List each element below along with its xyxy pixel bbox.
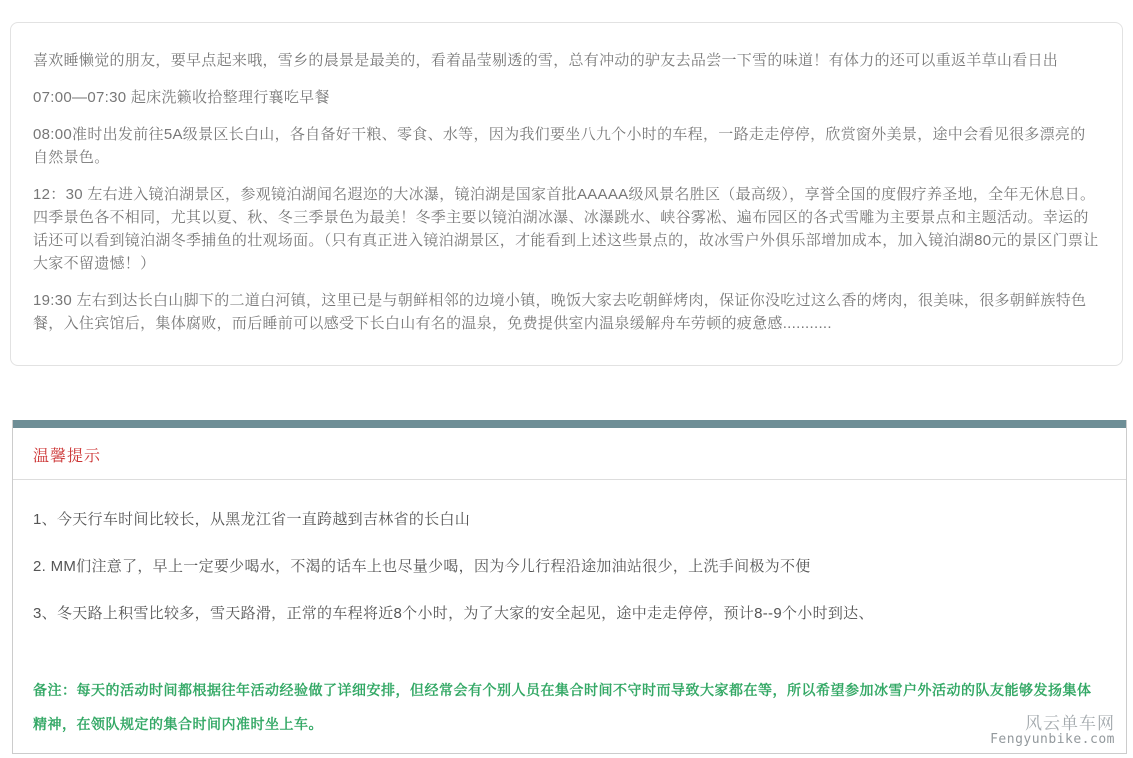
itinerary-paragraph: 08:00准时出发前往5A级景区长白山，各自备好干粮、零食、水等，因为我们要坐八… — [33, 123, 1100, 169]
itinerary-paragraph: 12：30 左右进入镜泊湖景区，参观镜泊湖闻名遐迩的大冰瀑，镜泊湖是国家首批AA… — [33, 183, 1100, 275]
tips-accent-bar — [13, 420, 1126, 428]
tip-item: 1、今天行车时间比较长，从黑龙江省一直跨越到吉林省的长白山 — [33, 510, 1106, 529]
itinerary-paragraph: 19:30 左右到达长白山脚下的二道白河镇，这里已是与朝鲜相邻的边境小镇，晚饭大… — [33, 289, 1100, 335]
watermark: 风云单车网 Fengyunbike.com — [990, 714, 1115, 748]
watermark-site-name: 风云单车网 — [990, 714, 1115, 734]
tips-header: 温馨提示 — [13, 428, 1126, 480]
tips-card: 温馨提示 1、今天行车时间比较长，从黑龙江省一直跨越到吉林省的长白山 2. MM… — [12, 420, 1127, 754]
tip-item: 3、冬天路上积雪比较多，雪天路滑，正常的车程将近8个小时，为了大家的安全起见，途… — [33, 604, 1106, 623]
tips-title: 温馨提示 — [33, 448, 101, 465]
itinerary-paragraph: 07:00—07:30 起床洗籁收拾整理行襄吃早餐 — [33, 86, 1100, 109]
itinerary-paragraph: 喜欢睡懒觉的朋友，要早点起来哦，雪乡的晨景是最美的，看着晶莹剔透的雪，总有冲动的… — [33, 49, 1100, 72]
itinerary-card: 喜欢睡懒觉的朋友，要早点起来哦，雪乡的晨景是最美的，看着晶莹剔透的雪，总有冲动的… — [10, 22, 1123, 366]
tips-note: 备注：每天的活动时间都根据往年活动经验做了详细安排，但经常会有个别人员在集合时间… — [33, 673, 1106, 741]
watermark-site-url: Fengyunbike.com — [990, 733, 1115, 748]
tips-list: 1、今天行车时间比较长，从黑龙江省一直跨越到吉林省的长白山 2. MM们注意了，… — [13, 480, 1126, 741]
tip-item: 2. MM们注意了，早上一定要少喝水，不渴的话车上也尽量少喝，因为今儿行程沿途加… — [33, 557, 1106, 576]
